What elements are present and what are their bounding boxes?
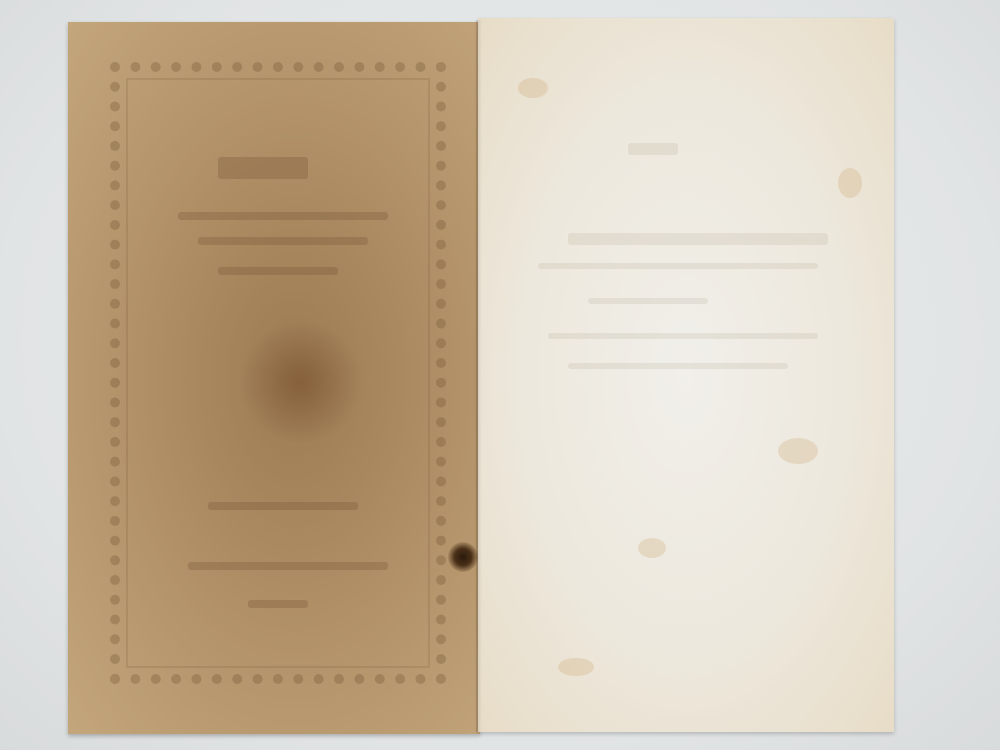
faded-text-line [248,600,308,608]
faint-text-line [588,298,708,304]
left-page [68,22,480,734]
faded-text-line [198,237,368,245]
foxing-spot [558,658,594,676]
stain [236,322,366,442]
faded-text-line [218,267,338,275]
faded-title [218,157,308,179]
page-fold [476,20,482,732]
faded-text-line [188,562,388,570]
foxing-spot [518,78,548,98]
faint-text-line [548,333,818,339]
faded-text-line [178,212,388,220]
faded-text-line [208,502,358,510]
faint-text-line [568,363,788,369]
foxing-spot [838,168,862,198]
foxing-spot [638,538,666,558]
right-page [478,18,894,732]
faint-text-line [628,143,678,155]
foxing-spot [778,438,818,464]
faint-text-line [568,233,828,245]
faint-text-line [538,263,818,269]
ink-blot [448,542,478,572]
